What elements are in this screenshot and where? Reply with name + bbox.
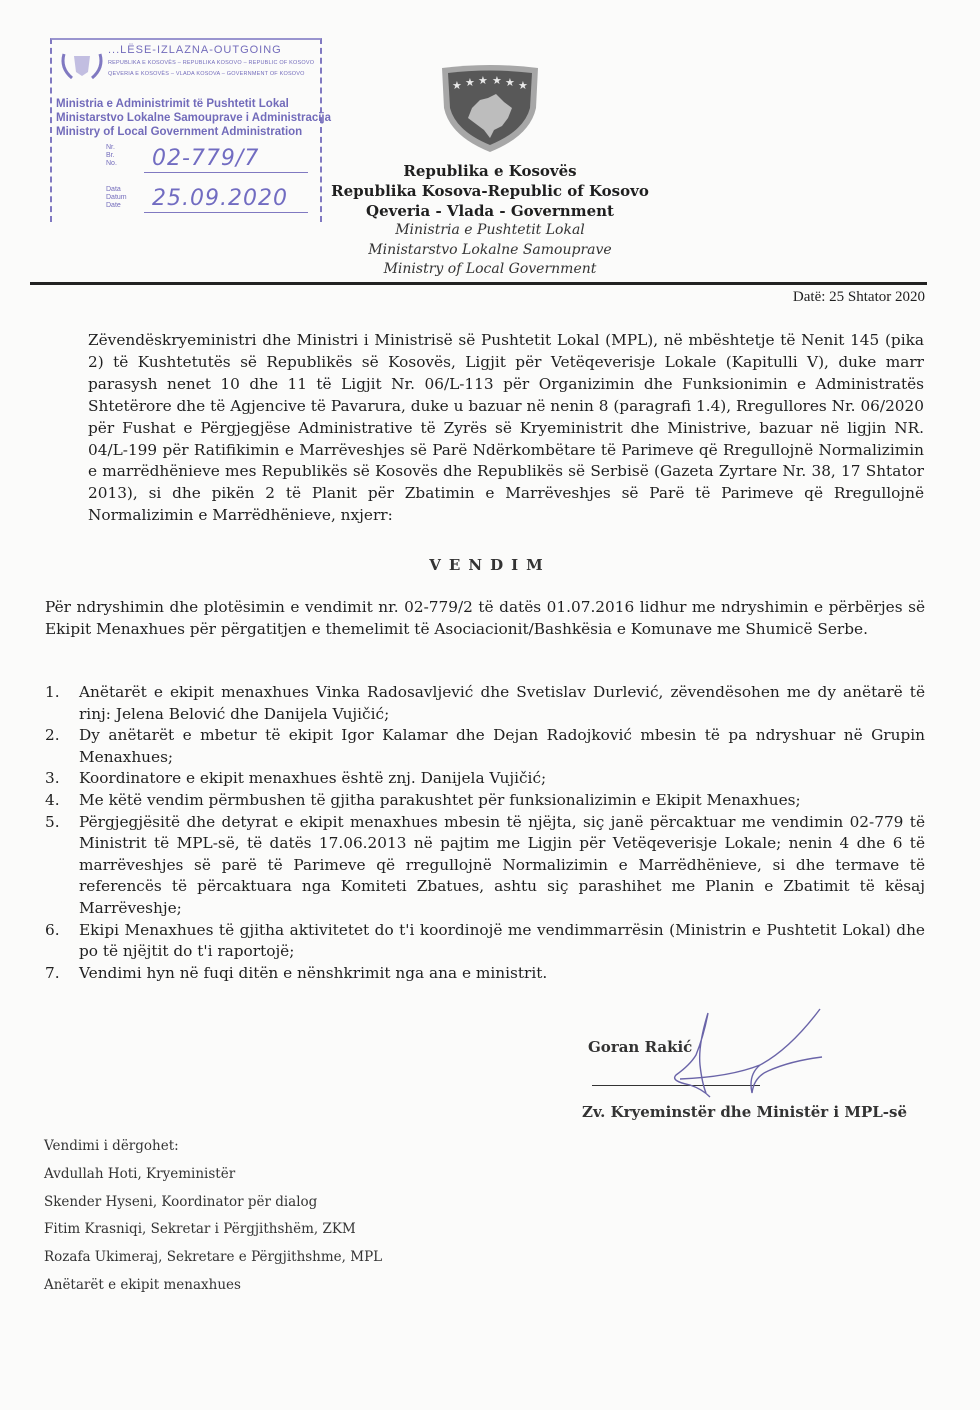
header-ministry-en: Ministry of Local Government	[250, 261, 730, 277]
stamp-title: ...LËSE-IZLAZNA-OUTGOING	[108, 44, 282, 56]
decision-item: 5.Përgjegjësitë dhe detyrat e ekipit men…	[45, 812, 925, 920]
stamp-date-labels: DataDatumDate	[106, 186, 127, 210]
decision-item: 7.Vendimi hyn në fuqi ditën e nënshkrimi…	[45, 963, 925, 985]
decision-items: 1.Anëtarët e ekipit menaxhues Vinka Rado…	[45, 682, 925, 984]
decision-item: 4.Me këtë vendim përmbushen të gjitha pa…	[45, 790, 925, 812]
header-republic-sr-en: Republika Kosova-Republic of Kosovo	[250, 182, 730, 200]
svg-text:★: ★	[465, 76, 475, 89]
header-government: Qeveria - Vlada - Government	[250, 202, 730, 220]
kosovo-coat-of-arms-icon: ★★ ★★ ★★	[440, 64, 540, 154]
svg-text:★: ★	[452, 79, 462, 92]
decision-item: 1.Anëtarët e ekipit menaxhues Vinka Rado…	[45, 682, 925, 725]
stamp-emblem-icon	[58, 46, 106, 84]
recipients-heading: Vendimi i dërgohet:	[44, 1133, 382, 1161]
stamp-fine-line: QEVERIA E KOSOVËS – VLADA KOSOVA – GOVER…	[108, 71, 305, 77]
recipient: Fitim Krasniqi, Sekretar i Përgjithshëm,…	[44, 1216, 382, 1244]
handwritten-signature-icon	[640, 1005, 840, 1100]
stamp-ministry-sr: Ministarstvo Lokalne Samouprave i Admini…	[56, 112, 331, 124]
document-date: Datë: 25 Shtator 2020	[793, 289, 925, 306]
stamp-fine-line: REPUBLIKA E KOSOVËS – REPUBLIKA KOSOVO –…	[108, 60, 314, 66]
decision-item: 2.Dy anëtarët e mbetur të ekipit Igor Ka…	[45, 725, 925, 768]
preamble-paragraph: Zëvendëskryeministri dhe Ministri i Mini…	[88, 330, 924, 527]
stamp-ministry-en: Ministry of Local Government Administrat…	[56, 126, 302, 138]
svg-text:★: ★	[518, 79, 528, 92]
decision-item: 6.Ekipi Menaxhues të gjitha aktivitetet …	[45, 920, 925, 963]
header-ministry-sq: Ministria e Pushtetit Lokal	[250, 222, 730, 238]
decision-subject: Për ndryshimin dhe plotësimin e vendimit…	[45, 597, 925, 640]
recipient: Rozafa Ukimeraj, Sekretare e Përgjithshm…	[44, 1244, 382, 1272]
signer-title: Zv. Kryeminstër dhe Ministër i MPL-së	[582, 1103, 907, 1121]
decision-heading: VENDIM	[0, 556, 980, 574]
recipient: Avdullah Hoti, Kryeministër	[44, 1161, 382, 1189]
stamp-number-labels: Nr.Br.No.	[106, 144, 117, 168]
svg-text:★: ★	[492, 74, 502, 87]
recipient: Skender Hyseni, Koordinator për dialog	[44, 1189, 382, 1217]
header-divider	[30, 282, 927, 285]
svg-text:★: ★	[505, 76, 515, 89]
stamp-number-value: 02-779/7	[152, 146, 259, 171]
recipients-block: Vendimi i dërgohet: Avdullah Hoti, Kryem…	[44, 1133, 382, 1300]
stamp-ministry-sq: Ministria e Administrimit të Pushtetit L…	[56, 98, 289, 110]
svg-text:★: ★	[478, 74, 488, 87]
decision-item: 3.Koordinatore e ekipit menaxhues është …	[45, 768, 925, 790]
header-ministry-sr: Ministarstvo Lokalne Samouprave	[250, 242, 730, 258]
recipient: Anëtarët e ekipit menaxhues	[44, 1272, 382, 1300]
header-republic-sq: Republika e Kosovës	[250, 162, 730, 180]
